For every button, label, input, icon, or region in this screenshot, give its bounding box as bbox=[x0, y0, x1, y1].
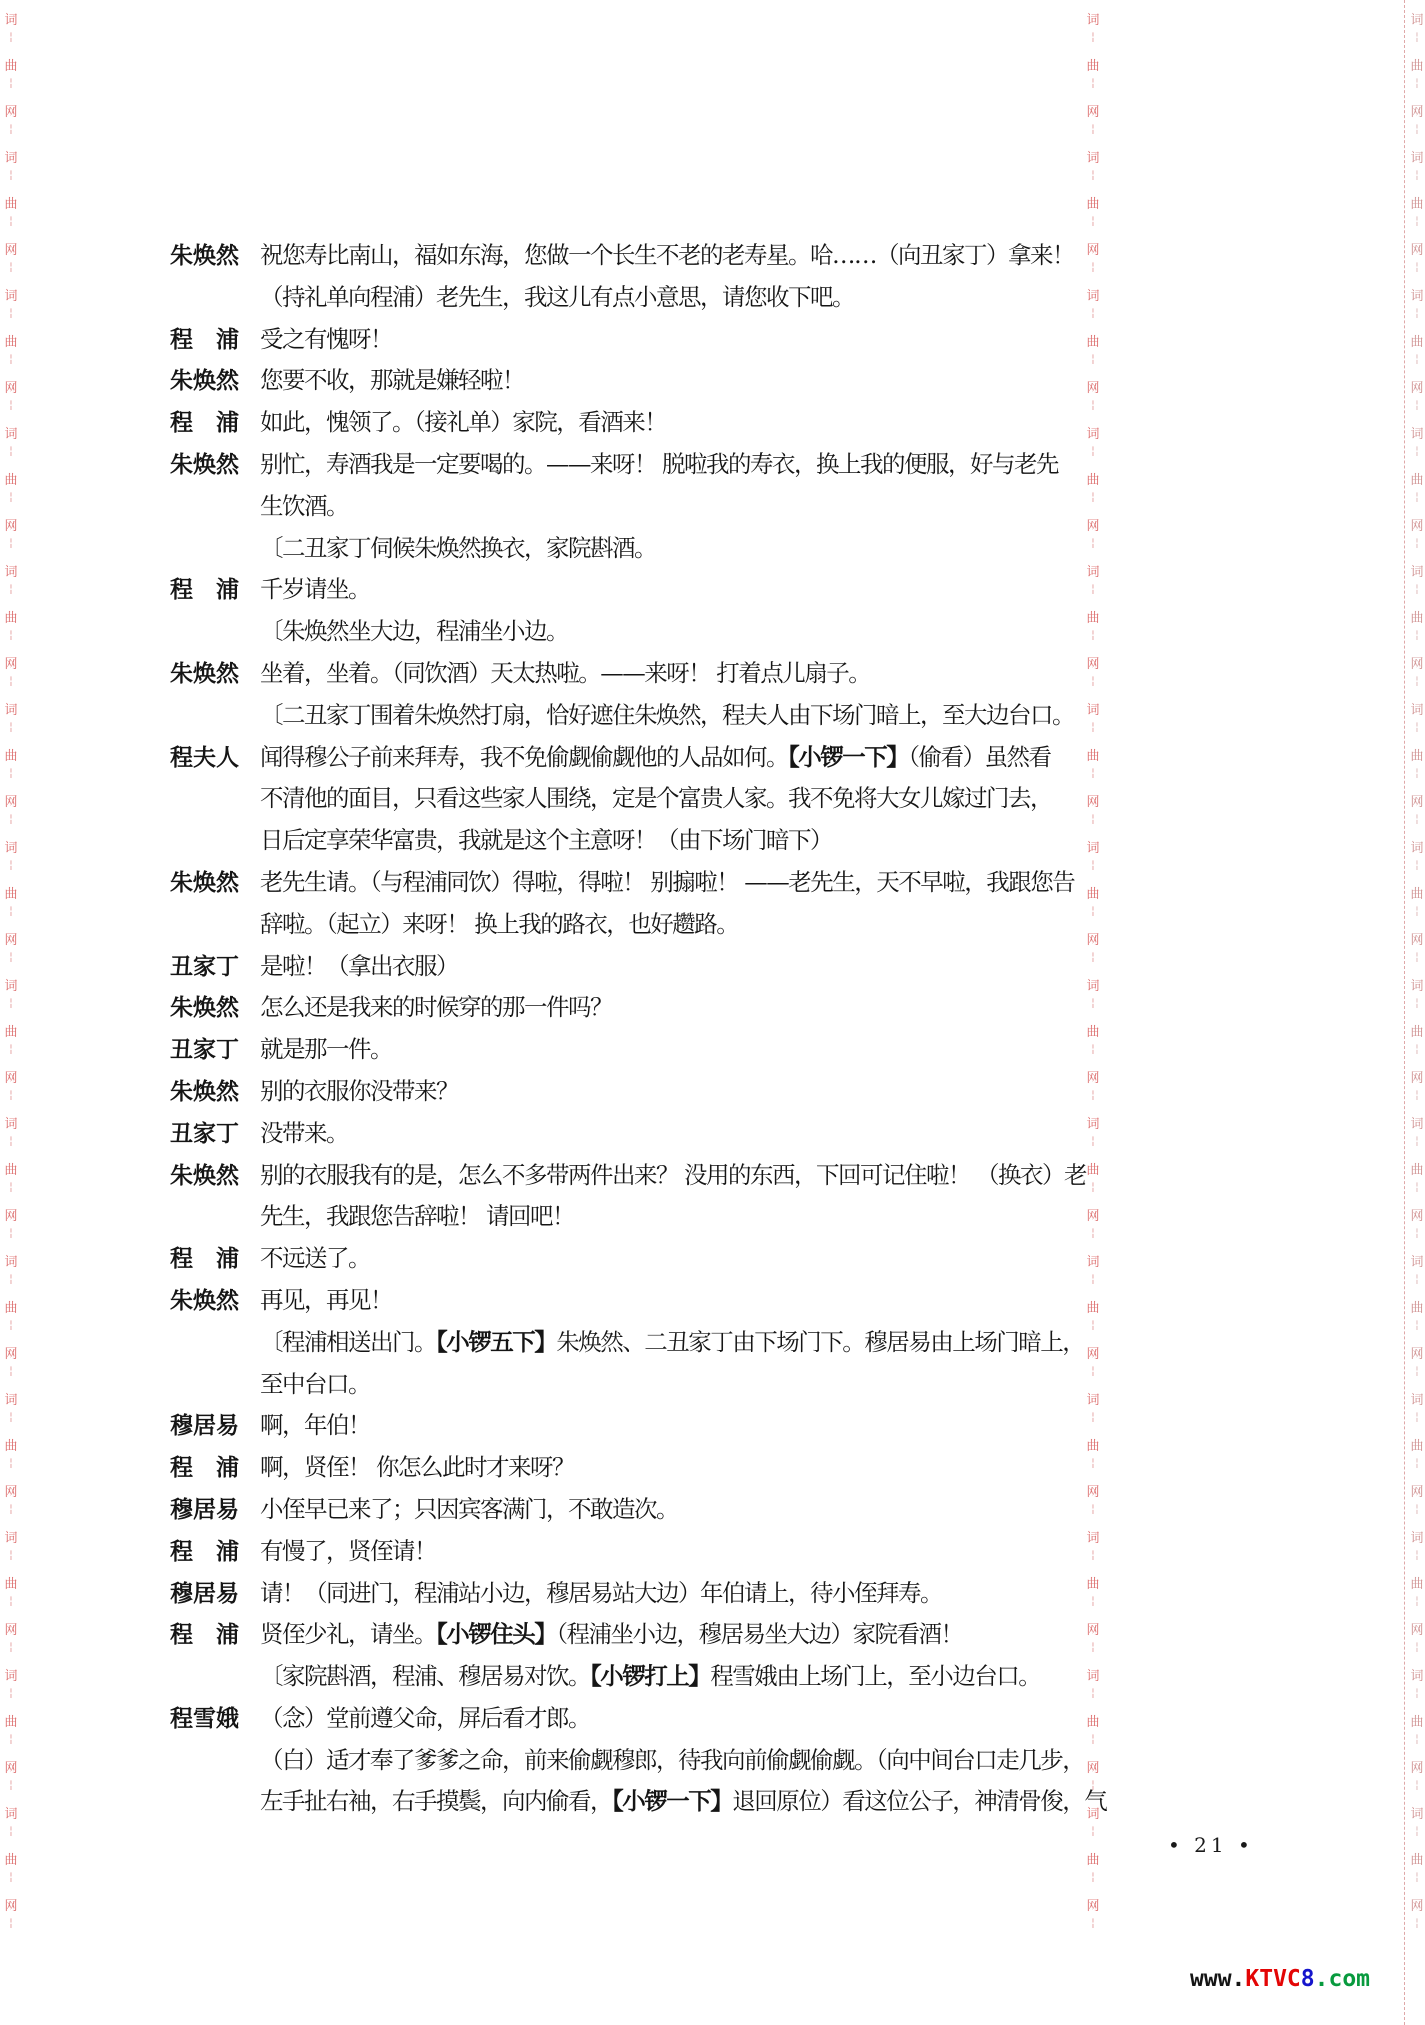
script-line: 程雪娥（念）堂前遵父命，屏后看才郎。 bbox=[170, 1698, 1170, 1740]
edge-watermark-dash: ¦ bbox=[1091, 77, 1095, 89]
edge-watermark-dash: ¦ bbox=[1415, 583, 1419, 595]
speaker-name: 丑家丁 bbox=[170, 947, 260, 989]
speaker-name: 朱焕然 bbox=[170, 654, 260, 696]
edge-watermark-char: 网 bbox=[4, 1209, 17, 1224]
edge-watermark-dash: ¦ bbox=[1415, 77, 1419, 89]
dialog-text: 再见，再见！ bbox=[260, 1280, 392, 1322]
script-line: 〔家院斟酒，程浦、穆居易对饮。【小锣打上】程雪娥由上场门上，至小边台口。 bbox=[170, 1656, 1170, 1698]
edge-watermark-dash: ¦ bbox=[1415, 261, 1419, 273]
edge-watermark-dash: ¦ bbox=[1415, 1595, 1419, 1607]
script-line: 程 浦啊，贤侄！ 你怎么此时才来呀？ bbox=[170, 1447, 1170, 1489]
edge-watermark-char: 词 bbox=[4, 1531, 17, 1546]
edge-watermark-char: 网 bbox=[1410, 1209, 1423, 1224]
edge-watermark-char: 网 bbox=[1410, 243, 1423, 258]
edge-watermark-dash: ¦ bbox=[1415, 1411, 1419, 1423]
edge-watermark-dash: ¦ bbox=[9, 261, 13, 273]
edge-watermark-dash: ¦ bbox=[1415, 997, 1419, 1009]
edge-watermark-char: 词 bbox=[1410, 427, 1423, 442]
edge-watermark-char: 网 bbox=[1410, 1347, 1423, 1362]
dialog-text: （白）适才奉了爹爹之命，前来偷觑穆郎，待我向前偷觑偷觑。（向中间台口走几步， bbox=[260, 1740, 1084, 1782]
edge-watermark-dash: ¦ bbox=[9, 1503, 13, 1515]
dialog-text: 别忙，寿酒我是一定要喝的。——来呀！ 脱啦我的寿衣，换上我的便服，好与老先 bbox=[260, 444, 1058, 486]
dialog-text: 辞啦。（起立）来呀！ 换上我的路衣，也好趱路。 bbox=[260, 904, 738, 946]
edge-watermark-char: 词 bbox=[4, 1807, 17, 1822]
edge-watermark-dash: ¦ bbox=[9, 445, 13, 457]
dialog-text: （持礼单向程浦）老先生，我这儿有点小意思，请您收下吧。 bbox=[260, 277, 854, 319]
script-line: 朱焕然祝您寿比南山，福如东海，您做一个长生不老的老寿星。哈……（向丑家丁）拿来！ bbox=[170, 235, 1170, 277]
edge-watermark-char: 曲 bbox=[1410, 749, 1423, 764]
dialog-text: 〔程浦相送出门。【小锣五下】朱焕然、二丑家丁由下场门下。穆居易由上场门暗上， bbox=[260, 1322, 1084, 1364]
script-line: 程夫人闻得穆公子前来拜寿，我不免偷觑偷觑他的人品如何。【小锣一下】（偷看）虽然看 bbox=[170, 737, 1170, 779]
edge-watermark-char: 曲 bbox=[1410, 1301, 1423, 1316]
edge-watermark-char: 网 bbox=[1410, 1761, 1423, 1776]
edge-watermark-char: 网 bbox=[1410, 657, 1423, 672]
edge-watermark-dash: ¦ bbox=[1091, 215, 1095, 227]
script-line: 左手扯右袖，右手摸鬓，向内偷看，【小锣一下】退回原位）看这位公子，神清骨俊，气 bbox=[170, 1781, 1170, 1823]
edge-watermark-char: 网 bbox=[4, 1761, 17, 1776]
edge-watermark-dash: ¦ bbox=[9, 1411, 13, 1423]
script-line: 朱焕然您要不收，那就是嫌轻啦！ bbox=[170, 360, 1170, 402]
edge-watermark-char: 词 bbox=[1410, 1393, 1423, 1408]
edge-watermark-dash: ¦ bbox=[1415, 1043, 1419, 1055]
edge-watermark-char: 曲 bbox=[1410, 1715, 1423, 1730]
edge-watermark-dash: ¦ bbox=[9, 77, 13, 89]
edge-watermark-dash: ¦ bbox=[1415, 1825, 1419, 1837]
edge-watermark-dash: ¦ bbox=[9, 169, 13, 181]
script-line: 丑家丁没带来。 bbox=[170, 1113, 1170, 1155]
script-line: （持礼单向程浦）老先生，我这儿有点小意思，请您收下吧。 bbox=[170, 277, 1170, 319]
edge-watermark-dash: ¦ bbox=[1415, 767, 1419, 779]
edge-watermark-dash: ¦ bbox=[1415, 1181, 1419, 1193]
edge-watermark-char: 曲 bbox=[4, 1301, 17, 1316]
edge-watermark-dash: ¦ bbox=[9, 1135, 13, 1147]
speaker-name: 朱焕然 bbox=[170, 236, 260, 278]
script-line: 生饮酒。 bbox=[170, 486, 1170, 528]
dialog-text: 别的衣服我有的是，怎么不多带两件出来？ 没用的东西，下回可记住啦！ （换衣）老 bbox=[260, 1155, 1086, 1197]
edge-watermark-char: 词 bbox=[1086, 151, 1099, 166]
edge-watermark-char: 词 bbox=[4, 703, 17, 718]
script-line: 程 浦如此，愧领了。（接礼单）家院，看酒来！ bbox=[170, 402, 1170, 444]
edge-watermark-char: 词 bbox=[1410, 289, 1423, 304]
edge-watermark-char: 曲 bbox=[4, 473, 17, 488]
speaker-name: 程 浦 bbox=[170, 1239, 260, 1281]
edge-watermark-char: 曲 bbox=[4, 59, 17, 74]
script-line: 朱焕然别的衣服你没带来？ bbox=[170, 1071, 1170, 1113]
edge-watermark-char: 词 bbox=[1410, 1117, 1423, 1132]
speaker-name: 穆居易 bbox=[170, 1406, 260, 1448]
dialog-text: 别的衣服你没带来？ bbox=[260, 1071, 458, 1113]
edge-watermark-char: 词 bbox=[1410, 1669, 1423, 1684]
dialog-text: 老先生请。（与程浦同饮）得啦，得啦！ 别搧啦！ ——老先生，天不早啦，我跟您告 bbox=[260, 862, 1074, 904]
edge-watermark-dash: ¦ bbox=[9, 1595, 13, 1607]
edge-watermark-char: 词 bbox=[4, 1255, 17, 1270]
edge-watermark-char: 曲 bbox=[1410, 335, 1423, 350]
script-line: 朱焕然别的衣服我有的是，怎么不多带两件出来？ 没用的东西，下回可记住啦！ （换衣… bbox=[170, 1155, 1170, 1197]
edge-watermark-dash: ¦ bbox=[1091, 31, 1095, 43]
edge-watermark-char: 网 bbox=[4, 1623, 17, 1638]
edge-watermark-dash: ¦ bbox=[9, 997, 13, 1009]
edge-watermark-dash: ¦ bbox=[9, 1457, 13, 1469]
edge-watermark-dash: ¦ bbox=[1415, 1135, 1419, 1147]
site-watermark-ktvc: KTVC bbox=[1245, 1966, 1300, 1992]
edge-watermark-dash: ¦ bbox=[1415, 1917, 1419, 1929]
speaker-name: 朱焕然 bbox=[170, 1156, 260, 1198]
edge-watermark-dash: ¦ bbox=[9, 721, 13, 733]
edge-watermark-dash: ¦ bbox=[1091, 123, 1095, 135]
dialog-text: 不远送了。 bbox=[260, 1238, 370, 1280]
edge-watermark-char: 网 bbox=[4, 105, 17, 120]
edge-watermark-char: 曲 bbox=[1410, 59, 1423, 74]
edge-watermark-char: 词 bbox=[4, 289, 17, 304]
edge-watermark-char: 词 bbox=[4, 979, 17, 994]
edge-watermark-char: 曲 bbox=[4, 1715, 17, 1730]
edge-watermark-char: 词 bbox=[4, 151, 17, 166]
edge-watermark-dash: ¦ bbox=[9, 1365, 13, 1377]
dialog-text: 闻得穆公子前来拜寿，我不免偷觑偷觑他的人品如何。【小锣一下】（偷看）虽然看 bbox=[260, 737, 1051, 779]
script-line: 日后定享荣华富贵，我就是这个主意呀！（由下场门暗下） bbox=[170, 820, 1170, 862]
script-line: 〔程浦相送出门。【小锣五下】朱焕然、二丑家丁由下场门下。穆居易由上场门暗上， bbox=[170, 1322, 1170, 1364]
edge-watermark-dash: ¦ bbox=[1091, 1825, 1095, 1837]
edge-watermark-char: 曲 bbox=[4, 887, 17, 902]
edge-watermark-char: 网 bbox=[4, 1899, 17, 1914]
edge-watermark-char: 曲 bbox=[4, 1163, 17, 1178]
edge-watermark-char: 曲 bbox=[4, 1853, 17, 1868]
edge-watermark-dash: ¦ bbox=[1415, 1779, 1419, 1791]
script-line: 程 浦有慢了，贤侄请！ bbox=[170, 1531, 1170, 1573]
edge-watermark-dash: ¦ bbox=[9, 1825, 13, 1837]
edge-watermark-char: 网 bbox=[4, 795, 17, 810]
edge-watermark-char: 网 bbox=[4, 1485, 17, 1500]
edge-watermark-dash: ¦ bbox=[1415, 1273, 1419, 1285]
edge-watermark-char: 词 bbox=[1410, 703, 1423, 718]
script-line: 程 浦千岁请坐。 bbox=[170, 569, 1170, 611]
dialog-text: 是啦！（拿出衣服） bbox=[260, 946, 458, 988]
speaker-name: 程 浦 bbox=[170, 570, 260, 612]
edge-watermark-char: 词 bbox=[1410, 1255, 1423, 1270]
edge-watermark-dash: ¦ bbox=[1415, 813, 1419, 825]
edge-watermark-char: 网 bbox=[4, 1347, 17, 1362]
edge-watermark-dash: ¦ bbox=[1415, 1871, 1419, 1883]
edge-watermark-char: 网 bbox=[1086, 1899, 1099, 1914]
speaker-name: 程 浦 bbox=[170, 1615, 260, 1657]
edge-watermark-char: 网 bbox=[1086, 105, 1099, 120]
edge-watermark-char: 词 bbox=[1410, 841, 1423, 856]
edge-watermark-dash: ¦ bbox=[1415, 491, 1419, 503]
edge-watermark-dash: ¦ bbox=[9, 215, 13, 227]
edge-watermark-dash: ¦ bbox=[9, 1181, 13, 1193]
edge-watermark-dash: ¦ bbox=[1415, 1687, 1419, 1699]
edge-watermark-dash: ¦ bbox=[9, 1733, 13, 1745]
edge-watermark-dash: ¦ bbox=[9, 537, 13, 549]
dialog-text: 坐着，坐着。（同饮酒）天太热啦。——来呀！ 打着点儿扇子。 bbox=[260, 653, 870, 695]
dialog-text: 就是那一件。 bbox=[260, 1029, 392, 1071]
edge-watermark-dash: ¦ bbox=[9, 583, 13, 595]
site-watermark-com: .com bbox=[1315, 1966, 1370, 1992]
edge-watermark-dash: ¦ bbox=[1415, 353, 1419, 365]
script-line: 穆居易小侄早已来了；只因宾客满门，不敢造次。 bbox=[170, 1489, 1170, 1531]
speaker-name: 程 浦 bbox=[170, 403, 260, 445]
dialog-text: 左手扯右袖，右手摸鬓，向内偷看，【小锣一下】退回原位）看这位公子，神清骨俊，气 bbox=[260, 1781, 1106, 1823]
edge-watermark-char: 曲 bbox=[1086, 1853, 1099, 1868]
edge-watermark-dash: ¦ bbox=[9, 859, 13, 871]
edge-watermark-char: 曲 bbox=[1086, 59, 1099, 74]
edge-watermark-dash: ¦ bbox=[9, 1687, 13, 1699]
edge-watermark-dash: ¦ bbox=[9, 353, 13, 365]
speaker-name: 朱焕然 bbox=[170, 445, 260, 487]
edge-watermark-char: 网 bbox=[1410, 1623, 1423, 1638]
dialog-text: 怎么还是我来的时候穿的那一件吗？ bbox=[260, 987, 612, 1029]
edge-watermark-char: 曲 bbox=[4, 749, 17, 764]
edge-watermark-dash: ¦ bbox=[9, 1917, 13, 1929]
edge-watermark-dash: ¦ bbox=[1415, 1227, 1419, 1239]
script-line: 朱焕然别忙，寿酒我是一定要喝的。——来呀！ 脱啦我的寿衣，换上我的便服，好与老先 bbox=[170, 444, 1170, 486]
edge-watermark-char: 网 bbox=[4, 243, 17, 258]
edge-watermark-char: 曲 bbox=[4, 1025, 17, 1040]
script-line: （白）适才奉了爹爹之命，前来偷觑穆郎，待我向前偷觑偷觑。（向中间台口走几步， bbox=[170, 1740, 1170, 1782]
edge-watermark-char: 曲 bbox=[1410, 1439, 1423, 1454]
speaker-name: 朱焕然 bbox=[170, 361, 260, 403]
dialog-text: 有慢了，贤侄请！ bbox=[260, 1531, 436, 1573]
speaker-name: 程 浦 bbox=[170, 320, 260, 362]
script-line: 穆居易啊，年伯！ bbox=[170, 1405, 1170, 1447]
edge-watermark-char: 曲 bbox=[1410, 1163, 1423, 1178]
dialog-text: 小侄早已来了；只因宾客满门，不敢造次。 bbox=[260, 1489, 678, 1531]
edge-watermark-dash: ¦ bbox=[1415, 215, 1419, 227]
script-line: 程 浦受之有愧呀！ bbox=[170, 319, 1170, 361]
speaker-name: 丑家丁 bbox=[170, 1030, 260, 1072]
edge-watermark-dash: ¦ bbox=[1415, 537, 1419, 549]
speaker-name: 程雪娥 bbox=[170, 1699, 260, 1741]
edge-watermark-dash: ¦ bbox=[1415, 1089, 1419, 1101]
edge-watermark-char: 曲 bbox=[1410, 1577, 1423, 1592]
dialog-text: 不清他的面目，只看这些家人围绕，定是个富贵人家。我不免将大女儿嫁过门去， bbox=[260, 778, 1052, 820]
edge-watermark-dash: ¦ bbox=[9, 1043, 13, 1055]
dialog-text: 啊，年伯！ bbox=[260, 1405, 370, 1447]
script-line: 程 浦不远送了。 bbox=[170, 1238, 1170, 1280]
edge-watermark-dash: ¦ bbox=[9, 1273, 13, 1285]
edge-watermark-char: 词 bbox=[1410, 1531, 1423, 1546]
dialog-text: 祝您寿比南山，福如东海，您做一个长生不老的老寿星。哈……（向丑家丁）拿来！ bbox=[260, 235, 1074, 277]
edge-watermark-char: 网 bbox=[4, 933, 17, 948]
edge-watermark-dash: ¦ bbox=[1415, 859, 1419, 871]
dialog-text: 您要不收，那就是嫌轻啦！ bbox=[260, 360, 524, 402]
edge-watermark-char: 词 bbox=[4, 1669, 17, 1684]
dialog-text: 千岁请坐。 bbox=[260, 569, 370, 611]
script-line: 朱焕然老先生请。（与程浦同饮）得啦，得啦！ 别搧啦！ ——老先生，天不早啦，我跟… bbox=[170, 862, 1170, 904]
dialog-text: 啊，贤侄！ 你怎么此时才来呀？ bbox=[260, 1447, 574, 1489]
edge-watermark-char: 网 bbox=[1410, 381, 1423, 396]
edge-watermark-dash: ¦ bbox=[9, 1089, 13, 1101]
edge-watermark-char: 曲 bbox=[1410, 611, 1423, 626]
edge-watermark-char: 词 bbox=[4, 13, 17, 28]
edge-watermark-char: 网 bbox=[4, 519, 17, 534]
speaker-name: 朱焕然 bbox=[170, 1072, 260, 1114]
script-line: 至中台口。 bbox=[170, 1364, 1170, 1406]
edge-watermark-dash: ¦ bbox=[1415, 721, 1419, 733]
edge-watermark-char: 曲 bbox=[4, 611, 17, 626]
edge-watermark-dash: ¦ bbox=[1415, 307, 1419, 319]
site-watermark: www.KTVC8.com bbox=[1190, 1966, 1370, 1992]
dialog-text: 生饮酒。 bbox=[260, 486, 348, 528]
dialog-text: 至中台口。 bbox=[260, 1364, 370, 1406]
script-lines: 朱焕然祝您寿比南山，福如东海，您做一个长生不老的老寿星。哈……（向丑家丁）拿来！… bbox=[170, 235, 1170, 1823]
edge-watermark-dash: ¦ bbox=[9, 767, 13, 779]
edge-watermark-dash: ¦ bbox=[1415, 1365, 1419, 1377]
edge-watermark-char: 网 bbox=[4, 1071, 17, 1086]
edge-watermark-dash: ¦ bbox=[9, 491, 13, 503]
edge-watermark-dash: ¦ bbox=[9, 675, 13, 687]
script-line: 朱焕然坐着，坐着。（同饮酒）天太热啦。——来呀！ 打着点儿扇子。 bbox=[170, 653, 1170, 695]
dialog-text: 受之有愧呀！ bbox=[260, 319, 392, 361]
edge-watermark-char: 词 bbox=[4, 1117, 17, 1132]
edge-watermark-char: 网 bbox=[1410, 105, 1423, 120]
edge-watermark-char: 网 bbox=[4, 657, 17, 672]
edge-watermark-char: 词 bbox=[1086, 13, 1099, 28]
edge-watermark-char: 曲 bbox=[1410, 1025, 1423, 1040]
script-line: 丑家丁就是那一件。 bbox=[170, 1029, 1170, 1071]
edge-watermark-dash: ¦ bbox=[1415, 951, 1419, 963]
dialog-text: 如此，愧领了。（接礼单）家院，看酒来！ bbox=[260, 402, 666, 444]
edge-watermark-dash: ¦ bbox=[1415, 629, 1419, 641]
dialog-text: 日后定享荣华富贵，我就是这个主意呀！（由下场门暗下） bbox=[260, 820, 832, 862]
edge-watermark-char: 词 bbox=[1410, 979, 1423, 994]
dialog-text: 贤侄少礼，请坐。【小锣住头】（程浦坐小边，穆居易坐大边）家院看酒！ bbox=[260, 1614, 963, 1656]
edge-watermark-dash: ¦ bbox=[1415, 1733, 1419, 1745]
edge-watermark-char: 词 bbox=[4, 1393, 17, 1408]
edge-watermark-far-right: 词¦曲¦网¦词¦曲¦网¦词¦曲¦网¦词¦曲¦网¦词¦曲¦网¦词¦曲¦网¦词¦曲¦… bbox=[1404, 0, 1425, 2025]
edge-watermark-char: 网 bbox=[1410, 1485, 1423, 1500]
speaker-name: 朱焕然 bbox=[170, 1281, 260, 1323]
site-watermark-www: www. bbox=[1190, 1966, 1245, 1992]
speaker-name: 穆居易 bbox=[170, 1490, 260, 1532]
dialog-text: 〔家院斟酒，程浦、穆居易对饮。【小锣打上】程雪娥由上场门上，至小边台口。 bbox=[260, 1656, 1040, 1698]
edge-watermark-dash: ¦ bbox=[1415, 399, 1419, 411]
script-line: 〔二丑家丁伺候朱焕然换衣，家院斟酒。 bbox=[170, 528, 1170, 570]
edge-watermark-dash: ¦ bbox=[9, 813, 13, 825]
speaker-name: 程夫人 bbox=[170, 738, 260, 780]
speaker-name: 程 浦 bbox=[170, 1448, 260, 1490]
edge-watermark-dash: ¦ bbox=[1415, 1457, 1419, 1469]
edge-watermark-dash: ¦ bbox=[1091, 1917, 1095, 1929]
script-line: 穆居易请！（同进门，程浦站小边，穆居易站大边）年伯请上，待小侄拜寿。 bbox=[170, 1573, 1170, 1615]
edge-watermark-dash: ¦ bbox=[9, 1871, 13, 1883]
script-line: 程 浦贤侄少礼，请坐。【小锣住头】（程浦坐小边，穆居易坐大边）家院看酒！ bbox=[170, 1614, 1170, 1656]
edge-watermark-dash: ¦ bbox=[9, 1779, 13, 1791]
edge-watermark-char: 曲 bbox=[4, 1439, 17, 1454]
dialog-text: 请！（同进门，程浦站小边，穆居易站大边）年伯请上，待小侄拜寿。 bbox=[260, 1573, 942, 1615]
edge-watermark-dash: ¦ bbox=[1415, 445, 1419, 457]
edge-watermark-dash: ¦ bbox=[9, 399, 13, 411]
script-line: 朱焕然怎么还是我来的时候穿的那一件吗？ bbox=[170, 987, 1170, 1029]
edge-watermark-char: 网 bbox=[1410, 1071, 1423, 1086]
speaker-name: 朱焕然 bbox=[170, 863, 260, 905]
edge-watermark-dash: ¦ bbox=[9, 1641, 13, 1653]
dialog-text: 〔二丑家丁围着朱焕然打扇，恰好遮住朱焕然，程夫人由下场门暗上，至大边台口。 bbox=[260, 695, 1074, 737]
script-line: 〔朱焕然坐大边，程浦坐小边。 bbox=[170, 611, 1170, 653]
dialog-text: 〔二丑家丁伺候朱焕然换衣，家院斟酒。 bbox=[260, 528, 656, 570]
edge-watermark-char: 词 bbox=[1410, 565, 1423, 580]
edge-watermark-char: 曲 bbox=[1086, 197, 1099, 212]
edge-watermark-char: 网 bbox=[1410, 519, 1423, 534]
edge-watermark-dash: ¦ bbox=[1091, 1871, 1095, 1883]
edge-watermark-char: 网 bbox=[1410, 1899, 1423, 1914]
edge-watermark-dash: ¦ bbox=[1415, 1641, 1419, 1653]
edge-watermark-left: 词¦曲¦网¦词¦曲¦网¦词¦曲¦网¦词¦曲¦网¦词¦曲¦网¦词¦曲¦网¦词¦曲¦… bbox=[2, 0, 20, 2025]
edge-watermark-dash: ¦ bbox=[1415, 1319, 1419, 1331]
edge-watermark-char: 网 bbox=[1410, 795, 1423, 810]
edge-watermark-dash: ¦ bbox=[9, 951, 13, 963]
edge-watermark-char: 曲 bbox=[1410, 197, 1423, 212]
edge-watermark-dash: ¦ bbox=[9, 1227, 13, 1239]
edge-watermark-char: 词 bbox=[4, 427, 17, 442]
edge-watermark-char: 曲 bbox=[1410, 473, 1423, 488]
edge-watermark-dash: ¦ bbox=[1415, 123, 1419, 135]
script-line: 〔二丑家丁围着朱焕然打扇，恰好遮住朱焕然，程夫人由下场门暗上，至大边台口。 bbox=[170, 695, 1170, 737]
edge-watermark-char: 曲 bbox=[1410, 887, 1423, 902]
edge-watermark-char: 词 bbox=[4, 565, 17, 580]
dialog-text: 〔朱焕然坐大边，程浦坐小边。 bbox=[260, 611, 568, 653]
script-line: 先生，我跟您告辞啦！ 请回吧！ bbox=[170, 1196, 1170, 1238]
edge-watermark-dash: ¦ bbox=[9, 31, 13, 43]
edge-watermark-char: 网 bbox=[4, 381, 17, 396]
edge-watermark-char: 词 bbox=[1410, 1807, 1423, 1822]
edge-watermark-char: 曲 bbox=[4, 197, 17, 212]
edge-watermark-dash: ¦ bbox=[9, 123, 13, 135]
dialog-text: 先生，我跟您告辞啦！ 请回吧！ bbox=[260, 1196, 574, 1238]
script-line: 辞啦。（起立）来呀！ 换上我的路衣，也好趱路。 bbox=[170, 904, 1170, 946]
edge-watermark-dash: ¦ bbox=[1415, 1549, 1419, 1561]
edge-watermark-dash: ¦ bbox=[9, 307, 13, 319]
edge-watermark-char: 曲 bbox=[4, 335, 17, 350]
page-number: • 21 • bbox=[1168, 1833, 1254, 1857]
edge-watermark-dash: ¦ bbox=[1415, 1503, 1419, 1515]
edge-watermark-dash: ¦ bbox=[1415, 905, 1419, 917]
dialog-text: 没带来。 bbox=[260, 1113, 348, 1155]
script-line: 丑家丁是啦！（拿出衣服） bbox=[170, 946, 1170, 988]
edge-watermark-dash: ¦ bbox=[1091, 169, 1095, 181]
edge-watermark-dash: ¦ bbox=[9, 629, 13, 641]
speaker-name: 丑家丁 bbox=[170, 1114, 260, 1156]
speaker-name: 程 浦 bbox=[170, 1532, 260, 1574]
edge-watermark-char: 曲 bbox=[4, 1577, 17, 1592]
script-line: 朱焕然再见，再见！ bbox=[170, 1280, 1170, 1322]
speaker-name: 穆居易 bbox=[170, 1574, 260, 1616]
edge-watermark-dash: ¦ bbox=[9, 905, 13, 917]
edge-watermark-dash: ¦ bbox=[1415, 675, 1419, 687]
edge-watermark-char: 网 bbox=[1410, 933, 1423, 948]
edge-watermark-char: 词 bbox=[4, 841, 17, 856]
speaker-name: 朱焕然 bbox=[170, 988, 260, 1030]
site-watermark-8: 8 bbox=[1301, 1966, 1315, 1992]
edge-watermark-dash: ¦ bbox=[1415, 169, 1419, 181]
script-line: 不清他的面目，只看这些家人围绕，定是个富贵人家。我不免将大女儿嫁过门去， bbox=[170, 778, 1170, 820]
scanned-script-page: 词¦曲¦网¦词¦曲¦网¦词¦曲¦网¦词¦曲¦网¦词¦曲¦网¦词¦曲¦网¦词¦曲¦… bbox=[0, 0, 1425, 2025]
dialog-text: （念）堂前遵父命，屏后看才郎。 bbox=[260, 1698, 590, 1740]
edge-watermark-char: 词 bbox=[1410, 13, 1423, 28]
edge-watermark-dash: ¦ bbox=[9, 1549, 13, 1561]
edge-watermark-dash: ¦ bbox=[1415, 31, 1419, 43]
edge-watermark-char: 词 bbox=[1410, 151, 1423, 166]
edge-watermark-dash: ¦ bbox=[9, 1319, 13, 1331]
edge-watermark-char: 曲 bbox=[1410, 1853, 1423, 1868]
